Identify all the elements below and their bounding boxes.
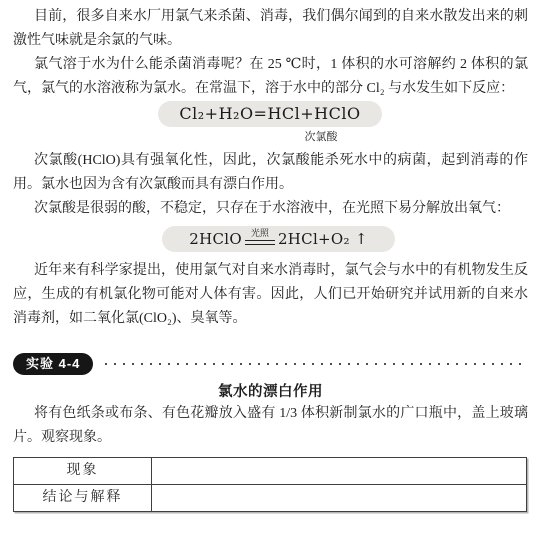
equation-2-lhs: 2HClO — [189, 227, 242, 251]
experiment-header: 实验 4-4 — [13, 352, 528, 375]
experiment-results-table: 现象 结论与解释 — [13, 457, 527, 512]
table-row-phenomenon: 现象 — [14, 458, 527, 485]
experiment-description: 将有色纸条或布条、有色花瓣放入盛有 1/3 体积新制氯水的广口瓶中，盖上玻璃片。… — [13, 402, 528, 450]
table-row-label: 结论与解释 — [14, 485, 152, 512]
equation-2-rhs: 2HCl+O₂ ↑ — [278, 227, 368, 251]
equation-hclo-label: 次氯酸 — [305, 130, 338, 144]
table-row-conclusion: 结论与解释 — [14, 485, 527, 512]
reaction-condition-label: 光照 — [251, 229, 269, 239]
paragraph-chlorine-solubility: 氯气溶于水为什么能杀菌消毒呢？在 25 ℃时，1 体积的水可溶解约 2 体积的氯… — [13, 53, 528, 101]
paragraph-hclo-oxidizing: 次氯酸(HClO)具有强氧化性，因此，次氯酸能杀死水中的病菌，起到消毒的作用。氯… — [13, 149, 528, 197]
table-row-value — [152, 485, 527, 512]
double-equals-line — [245, 240, 275, 245]
experiment-badge: 实验 4-4 — [13, 353, 93, 375]
equation-2-block: 2HClO 光照 2HCl+O₂ ↑ — [13, 221, 528, 259]
table-row-value — [152, 458, 527, 485]
table-row-label: 现象 — [14, 458, 152, 485]
equation-chlorine-water: Cl₂+H₂O=HCl+HClO — [158, 101, 382, 127]
equation-1-block: Cl₂+H₂O=HCl+HClO 次氯酸 — [13, 101, 528, 149]
paragraph-intro: 目前，很多自来水厂用氯气来杀菌、消毒，我们偶尔闻到的自来水散发出来的刺激性气味就… — [13, 5, 528, 53]
equation-hclo-decomposition: 2HClO 光照 2HCl+O₂ ↑ — [162, 226, 395, 252]
dotted-rule — [105, 363, 528, 365]
paragraph-new-disinfectants: 近年来有科学家提出，使用氯气对自来水消毒时，氯气会与水中的有机物发生反应，生成的… — [13, 259, 528, 331]
paragraph-hclo-weak-acid: 次氯酸是很弱的酸，不稳定，只存在于水溶液中，在光照下易分解放出氧气： — [13, 197, 528, 221]
textbook-page: 目前，很多自来水厂用氯气来杀菌、消毒，我们偶尔闻到的自来水散发出来的刺激性气味就… — [0, 0, 559, 537]
experiment-title: 氯水的漂白作用 — [13, 382, 528, 402]
reaction-condition: 光照 — [245, 229, 275, 245]
